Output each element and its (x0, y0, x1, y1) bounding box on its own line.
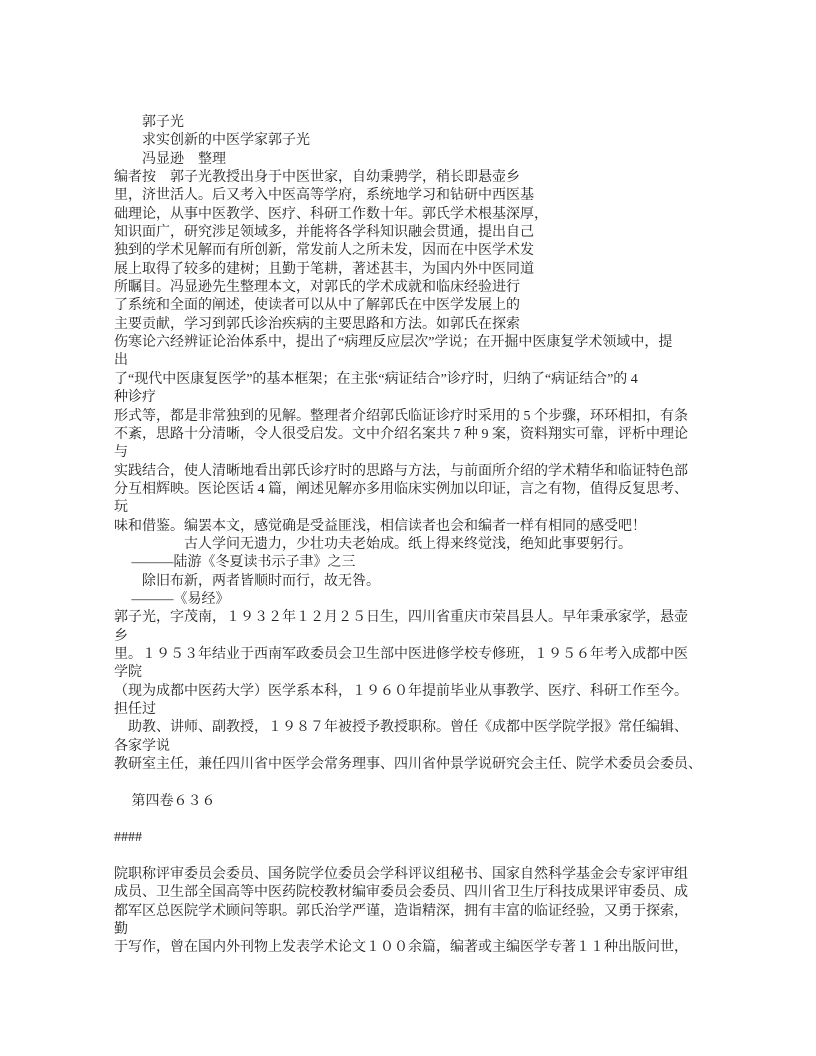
editor-note-line: 独到的学术见解而有所创新，常发前人之所未发，因而在中医学术发 (114, 242, 816, 260)
quote-line: 古人学问无遗力，少壮功夫老始成。纸上得来终觉浅，绝知此事要躬行。 (114, 536, 816, 554)
biography-line: 各家学说 (114, 738, 816, 756)
volume-page-marker: 第四卷６３６ (114, 793, 816, 811)
biography-line: 勤 (114, 921, 816, 939)
blank-line (114, 774, 816, 792)
biography-line: 院职称评审委员会委员、国务院学位委员会学科评议组秘书、国家自然科学基金会专家评审… (114, 866, 816, 884)
biography-line: 担任过 (114, 701, 816, 719)
editor-note-line: 分互相辉映。医论医话 4 篇，阐述见解亦多用临床实例加以印证，言之有物，值得反复… (114, 481, 816, 499)
quote-line: 除旧布新，两者皆顺时而行，故无咎。 (114, 573, 816, 591)
editor-note-line: 知识面广，研究涉足领域多，并能将各学科知识融会贯通，提出自己 (114, 224, 816, 242)
editor-note-line: 玩 (114, 499, 816, 517)
biography-line: 学院 (114, 664, 816, 682)
editor-note-line: 形式等，都是非常独到的见解。整理者介绍郭氏临证诊疗时采用的 5 个步骤，环环相扣… (114, 408, 816, 426)
section-separator: #### (114, 829, 816, 847)
editor-note-line: 主要贡献，学习到郭氏诊治疾病的主要思路和方法。如郭氏在探索 (114, 316, 816, 334)
editor-note-line: 不紊，思路十分清晰，令人很受启发。文中介绍名案共 7 种 9 案，资料翔实可靠，… (114, 426, 816, 444)
editor-note-line: 伤寒论六经辨证论治体系中，提出了“病理反应层次”学说；在开掘中医康复学术领域中，… (114, 334, 816, 352)
biography-line: 都军区总医院学术顾问等职。郭氏治学严谨，造诣精深，拥有丰富的临证经验，又勇于探索… (114, 903, 816, 921)
biography-line: 助教、讲师、副教授，１９８７年被授予教授职称。曾任《成都中医学院学报》常任编辑、 (114, 719, 816, 737)
editor-note-line: 了“现代中医康复医学”的基本框架；在主张“病证结合”诊疗时，归纳了“病证结合”的… (114, 371, 816, 389)
editor-note-line: 展上取得了较多的建树；且勤于笔耕，著述甚丰，为国内外中医同道 (114, 261, 816, 279)
editor-note-line: 里，济世活人。后又考入中医高等学府，系统地学习和钻研中西医基 (114, 187, 816, 205)
editor-note-line: 了系统和全面的阐述，使读者可以从中了解郭氏在中医学发展上的 (114, 297, 816, 315)
editor-note-line: 出 (114, 352, 816, 370)
editor-note-line: 实践结合，使人清晰地看出郭氏诊疗时的思路与方法，与前面所介绍的学术精华和临证特色… (114, 463, 816, 481)
document-text-block: 郭子光 求实创新的中医学家郭子光 冯显逊 整理编者按 郭子光教授出身于中医世家，… (114, 114, 816, 958)
quote-attribution: ———陆游《冬夏读书示子聿》之三 (114, 554, 816, 572)
biography-line: 里。１９５３年结业于西南军政委员会卫生部中医进修学校专修班，１９５６年考入成都中… (114, 646, 816, 664)
quote-attribution: ———《易经》 (114, 591, 816, 609)
blank-line (114, 848, 816, 866)
document-page: 郭子光 求实创新的中医学家郭子光 冯显逊 整理编者按 郭子光教授出身于中医世家，… (0, 0, 816, 1056)
editor-note-line: 础理论，从事中医教学、医疗、科研工作数十年。郭氏学术根基深厚， (114, 206, 816, 224)
biography-line: 教研室主任，兼任四川省中医学会常务理事、四川省仲景学说研究会主任、院学术委员会委… (114, 756, 816, 774)
editor-note-line: 味和借鉴。编罢本文，感觉确是受益匪浅，相信读者也会和编者一样有相同的感受吧！ (114, 518, 816, 536)
editor-note-line: 编者按 郭子光教授出身于中医世家，自幼秉骋学，稍长即悬壶乡 (114, 169, 816, 187)
biography-line: 成员、卫生部全国高等中医药院校教材编审委员会委员、四川省卫生厅科技成果评审委员、… (114, 884, 816, 902)
editor-note-line: 所瞩目。冯显逊先生整理本文，对郭氏的学术成就和临床经验进行 (114, 279, 816, 297)
biography-line: 乡 (114, 628, 816, 646)
page-subtitle: 求实创新的中医学家郭子光 (114, 132, 816, 150)
biography-line: 于写作，曾在国内外刊物上发表学术论文１００余篇，编著或主编医学专著１１种出版问世… (114, 939, 816, 957)
editor-byline: 冯显逊 整理 (114, 151, 816, 169)
page-title: 郭子光 (114, 114, 816, 132)
biography-line: （现为成都中医药大学）医学系本科，１９６０年提前毕业从事教学、医疗、科研工作至今… (114, 683, 816, 701)
editor-note-line: 与 (114, 444, 816, 462)
editor-note-line: 种诊疗 (114, 389, 816, 407)
biography-line: 郭子光，字茂南，１９３２年１２月２５日生，四川省重庆市荣昌县人。早年秉承家学，悬… (114, 609, 816, 627)
blank-line (114, 811, 816, 829)
